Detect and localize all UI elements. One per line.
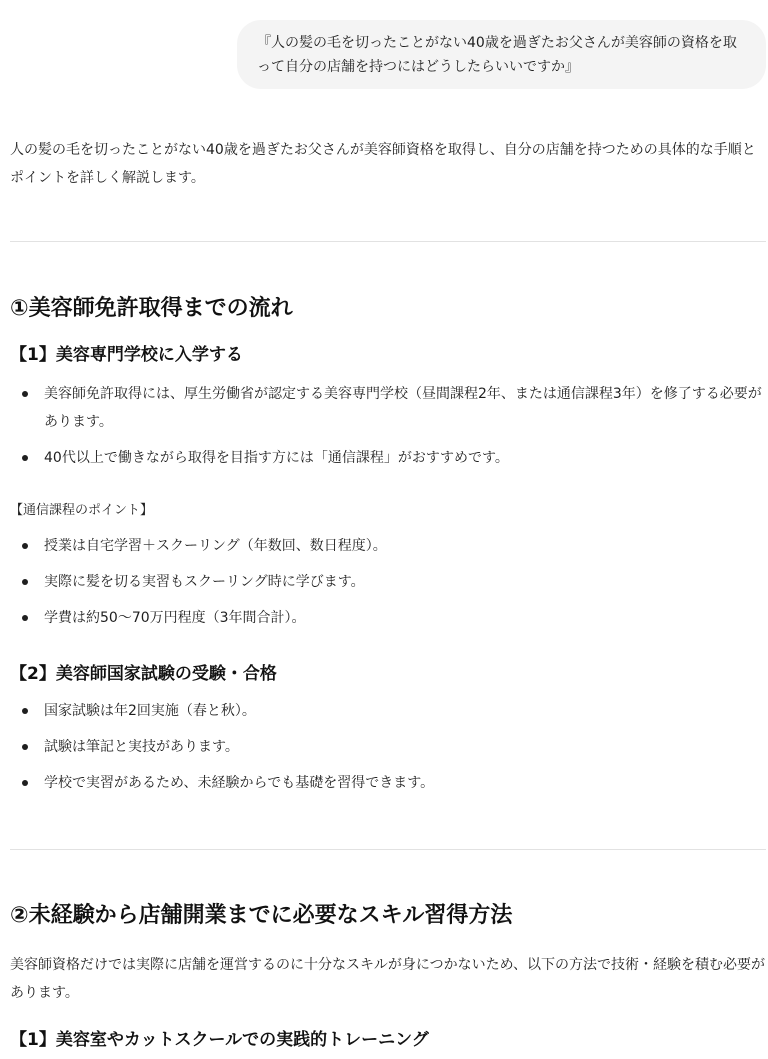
response-intro: 人の髪の毛を切ったことがない40歳を過ぎたお父さんが美容師資格を取得し、自分の店… — [10, 136, 766, 192]
bullet-list: 授業は自宅学習＋スクーリング（年数回、数日程度）。 実際に髪を切る実習もスクーリ… — [10, 532, 766, 640]
section-2-intro: 美容師資格だけでは実際に店舗を運営するのに十分なスキルが身につかないため、以下の… — [10, 951, 766, 1007]
bullet-icon — [22, 579, 28, 585]
bullet-icon — [22, 780, 28, 786]
bullet-icon — [22, 615, 28, 621]
bullet-list: 国家試験は年2回実施（春と秋）。 試験は筆記と実技があります。 学校で実習がある… — [10, 697, 766, 805]
bullet-icon — [22, 391, 28, 397]
bullet-icon — [22, 455, 28, 461]
bullet-icon — [22, 708, 28, 714]
list-item: 試験は筆記と実技があります。 — [10, 733, 766, 761]
list-item: 学校で実習があるため、未経験からでも基礎を習得できます。 — [10, 769, 766, 797]
list-item: 学費は約50～70万円程度（3年間合計）。 — [10, 604, 766, 632]
section-heading-1: ①美容師免許取得までの流れ — [10, 293, 293, 325]
list-item: 実際に髪を切る実習もスクーリング時に学びます。 — [10, 568, 766, 596]
list-item: 授業は自宅学習＋スクーリング（年数回、数日程度）。 — [10, 532, 766, 560]
subsection-heading-1-1: 【1】美容専門学校に入学する — [10, 342, 243, 368]
list-item: 美容師免許取得には、厚生労働省が認定する美容専門学校（昼間課程2年、または通信課… — [10, 380, 766, 436]
section-heading-2: ②未経験から店舗開業までに必要なスキル習得方法 — [10, 900, 512, 932]
list-item: 40代以上で働きながら取得を目指す方には「通信課程」がおすすめです。 — [10, 444, 766, 472]
user-message-bubble: 『人の髪の毛を切ったことがない40歳を過ぎたお父さんが美容師の資格を取って自分の… — [237, 20, 766, 89]
note-label: 【通信課程のポイント】 — [10, 500, 153, 522]
subsection-heading-1-2: 【2】美容師国家試験の受験・合格 — [10, 661, 277, 687]
bullet-icon — [22, 543, 28, 549]
divider — [10, 849, 766, 850]
bullet-list: 美容師免許取得には、厚生労働省が認定する美容専門学校（昼間課程2年、または通信課… — [10, 380, 766, 480]
list-item: 国家試験は年2回実施（春と秋）。 — [10, 697, 766, 725]
divider — [10, 241, 766, 242]
user-message-text: 『人の髪の毛を切ったことがない40歳を過ぎたお父さんが美容師の資格を取って自分の… — [257, 35, 737, 75]
bullet-icon — [22, 744, 28, 750]
subsection-heading-2-1: 【1】美容室やカットスクールでの実践的トレーニング — [10, 1027, 429, 1053]
